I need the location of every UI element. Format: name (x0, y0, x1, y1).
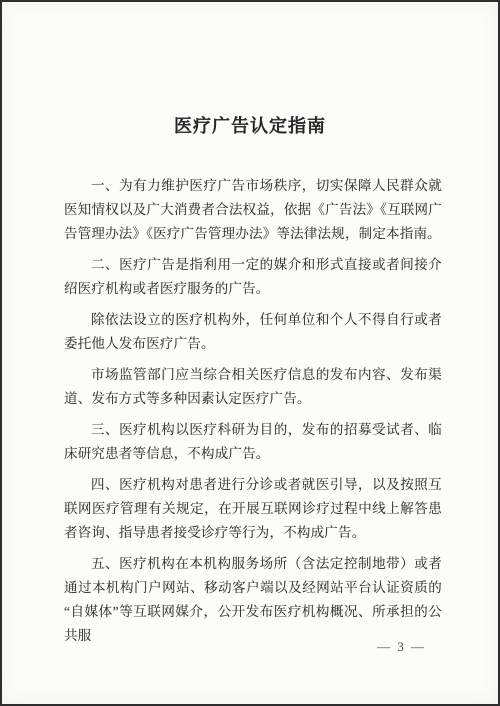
document-title-text: 医疗广告认定指南 (174, 116, 326, 136)
page-number: — 3 — (377, 639, 426, 655)
document-body: 一、为有力维护医疗广告市场秩序，切实保障人民群众就医知情权以及广大消费者合法权益… (64, 174, 442, 648)
paragraph-6: 四、医疗机构对患者进行分诊或者就医引导，以及按照互联网医疗管理有关规定，在开展互… (64, 473, 442, 545)
paragraph-4: 市场监管部门应当综合相关医疗信息的发布内容、发布渠道、发布方式等多种因素认定医疗… (64, 363, 442, 411)
document-title: 医疗广告认定指南 (2, 112, 498, 138)
scanned-document-page: 医疗广告认定指南 一、为有力维护医疗广告市场秩序，切实保障人民群众就医知情权以及… (0, 0, 500, 706)
paragraph-2: 二、医疗广告是指利用一定的媒介和形式直接或者间接介绍医疗机构或者医疗服务的广告。 (64, 253, 442, 301)
paragraph-1: 一、为有力维护医疗广告市场秩序，切实保障人民群众就医知情权以及广大消费者合法权益… (64, 174, 442, 246)
paragraph-3: 除依法设立的医疗机构外，任何单位和个人不得自行或者委托他人发布医疗广告。 (64, 308, 442, 356)
paragraph-5: 三、医疗机构以医疗科研为目的，发布的招募受试者、临床研究患者等信息，不构成广告。 (64, 418, 442, 466)
paragraph-7: 五、医疗机构在本机构服务场所（含法定控制地带）或者通过本机构门户网站、移动客户端… (64, 552, 442, 648)
